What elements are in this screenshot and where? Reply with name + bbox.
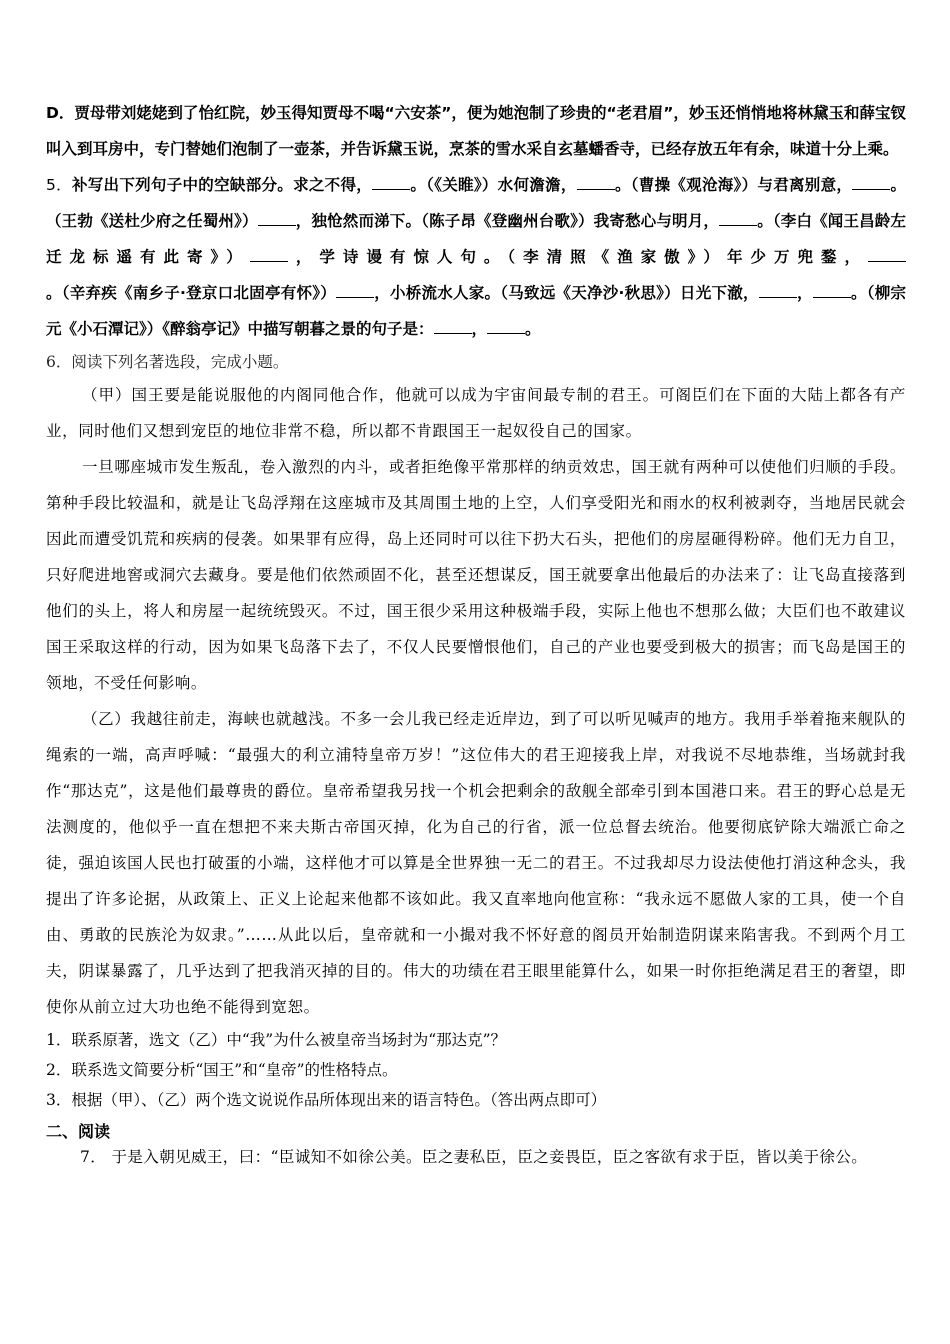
question-6-number: 6． xyxy=(46,353,71,371)
fill-blank xyxy=(372,175,410,190)
passage-paragraph: （乙）我越往前走，海峡也就越浅。不多一会儿我已经走近岸边，到了可以听见喊声的地方… xyxy=(46,701,906,1025)
fill-blank xyxy=(852,175,890,190)
exam-page: D．贾母带刘姥姥到了怡红院，妙玉得知贾母不喝“六安茶”，便为她泡制了珍贵的“老君… xyxy=(46,95,906,1169)
question-7-text: 于是入朝见威王，曰：“臣诚知不如徐公美。臣之妻私臣，臣之妾畏臣，臣之客欲有求于臣… xyxy=(112,1148,868,1166)
question-7-number: 7． xyxy=(80,1148,106,1166)
fill-blank xyxy=(813,283,851,298)
q5-text: 。（辛弃疾《南乡子·登京口北固亭有怀》） xyxy=(46,284,336,302)
question-6-instruction: 阅读下列名著选段，完成小题。 xyxy=(71,353,288,371)
q5-text: ，小桥流水人家。（马致远《天净沙·秋思》）日光下澈， xyxy=(374,284,759,302)
sub-questions: 1．联系原著，选文（乙）中“我”为什么被皇帝当场封为“那达克”？ 2．联系选文简… xyxy=(46,1025,906,1115)
option-d-label: D． xyxy=(46,104,74,122)
q5-text: 。（《关睢》）水何澹澹， xyxy=(410,176,577,194)
fill-blank xyxy=(868,247,906,262)
passage-yi: （乙）我越往前走，海峡也就越浅。不多一会儿我已经走近岸边，到了可以听见喊声的地方… xyxy=(46,701,906,1025)
q5-text: 。 xyxy=(525,320,541,338)
fill-blank xyxy=(577,175,615,190)
fill-blank xyxy=(434,319,472,334)
question-6-header: 6．阅读下列名著选段，完成小题。 xyxy=(46,347,906,377)
fill-blank xyxy=(719,211,757,226)
q5-text: ， xyxy=(472,320,488,338)
question-7: 7． 于是入朝见威王，曰：“臣诚知不如徐公美。臣之妻私臣，臣之妾畏臣，臣之客欲有… xyxy=(46,1145,906,1169)
sub-question-1: 1．联系原著，选文（乙）中“我”为什么被皇帝当场封为“那达克”？ xyxy=(46,1025,906,1055)
option-d: D．贾母带刘姥姥到了怡红院，妙玉得知贾母不喝“六安茶”，便为她泡制了珍贵的“老君… xyxy=(46,95,906,167)
section-heading: 二、阅读 xyxy=(46,1119,906,1145)
q5-text: ，独怆然而涕下。（陈子昂《登幽州台歌》）我寄愁心与明月， xyxy=(296,212,719,230)
fill-blank xyxy=(250,247,288,262)
q5-text: ，学诗谩有惊人句。（李清照《渔家傲》）年少万兜鍪， xyxy=(288,248,868,266)
q5-text: 。（曹操《观沧海》）与君离别意， xyxy=(615,176,853,194)
fill-blank xyxy=(258,211,296,226)
sub-question-2: 2．联系选文简要分析“国王”和“皇帝”的性格特点。 xyxy=(46,1055,906,1085)
passage-paragraph: 一旦哪座城市发生叛乱，卷入激烈的内斗，或者拒绝像平常那样的纳贡效忠，国王就有两种… xyxy=(46,449,906,701)
passage-jia: （甲）国王要是能说服他的内阁同他合作，他就可以成为宇宙间最专制的君王。可阁臣们在… xyxy=(46,377,906,701)
q5-text: 补写出下列句子中的空缺部分。求之不得， xyxy=(72,176,372,194)
fill-blank xyxy=(336,283,374,298)
option-d-text: 贾母带刘姥姥到了怡红院，妙玉得知贾母不喝“六安茶”，便为她泡制了珍贵的“老君眉”… xyxy=(46,104,906,158)
q5-text: ， xyxy=(797,284,813,302)
fill-blank xyxy=(487,319,525,334)
sub-question-3: 3．根据（甲）、（乙）两个选文说说作品所体现出来的语言特色。（答出两点即可） xyxy=(46,1085,906,1115)
passage-paragraph: （甲）国王要是能说服他的内阁同他合作，他就可以成为宇宙间最专制的君王。可阁臣们在… xyxy=(46,377,906,449)
fill-blank xyxy=(759,283,797,298)
question-5: 5．补写出下列句子中的空缺部分。求之不得，。（《关睢》）水何澹澹，。（曹操《观沧… xyxy=(46,167,906,347)
question-5-number: 5． xyxy=(46,176,72,194)
